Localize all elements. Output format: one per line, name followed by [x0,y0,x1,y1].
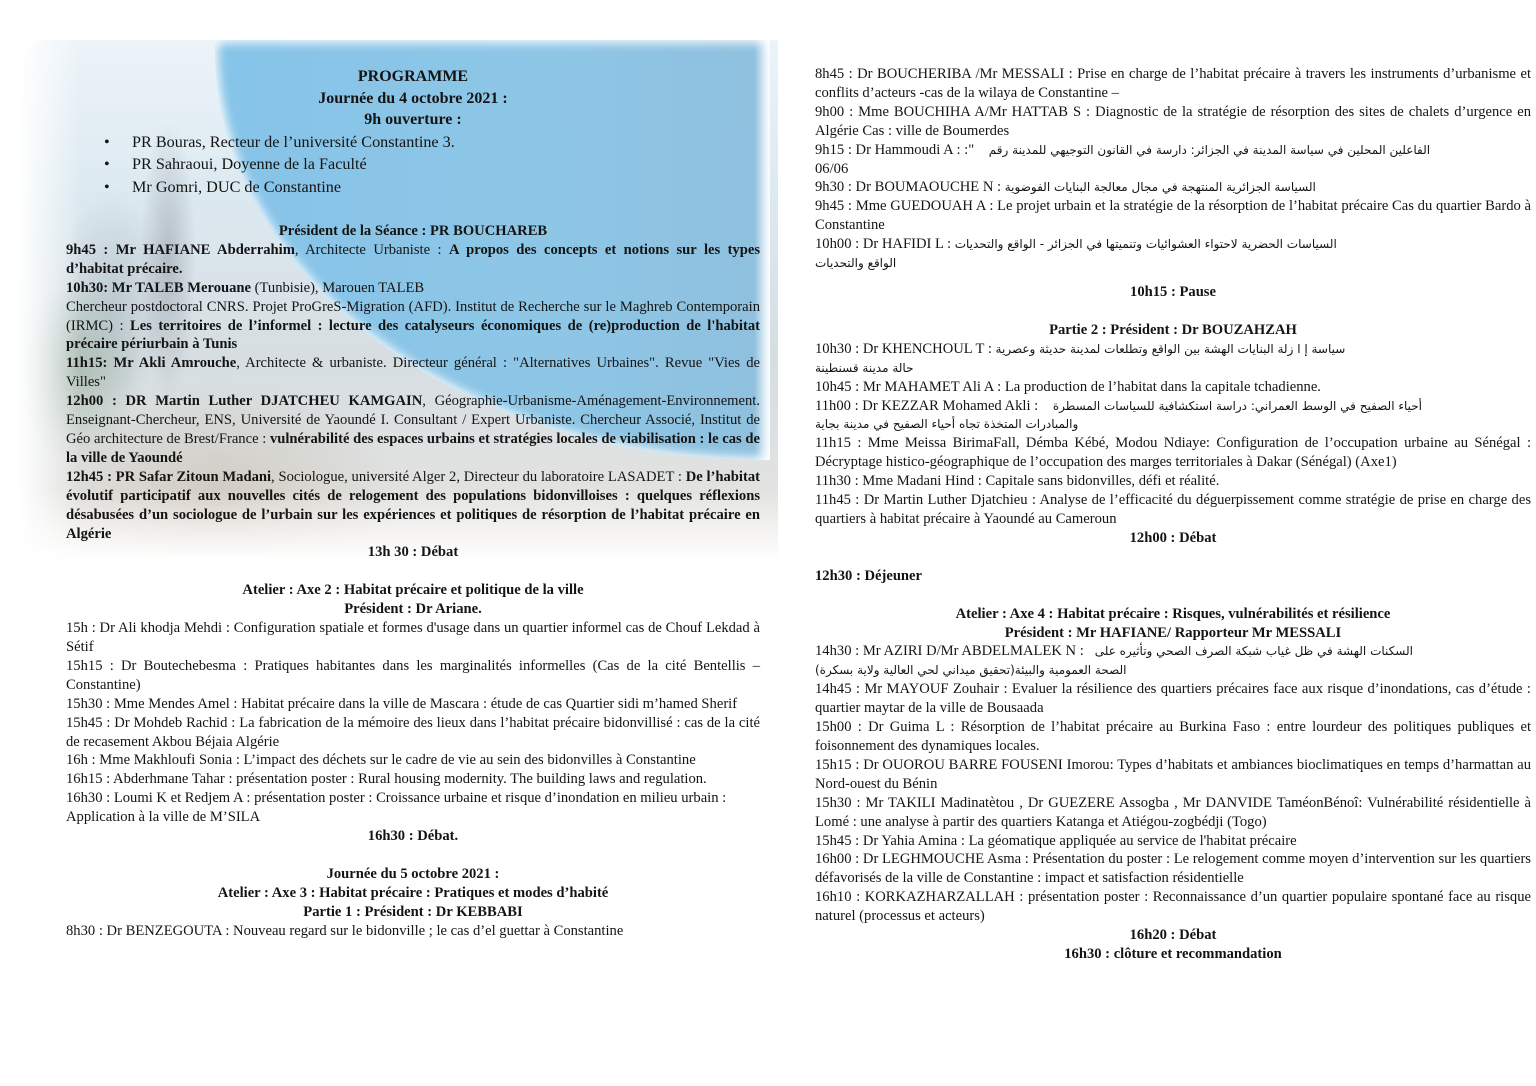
talk-entry-arabic: 10h30 : Dr KHENCHOUL T : سياسة إ ا زلة ا… [815,340,1531,378]
talk-entry: 15h15 : Dr OUOROU BARRE FOUSENI Imorou: … [815,756,1531,794]
atelier3-part1-president: Partie 1 : Président : Dr KEBBABI [66,903,760,922]
talk-time-speaker: 10h30: Mr TALEB Merouane [66,280,251,296]
opening-heading: 9h ouverture : [66,109,760,131]
talk-title-arabic: أحياء الصفيح في الوسط العمراني: دراسة اس… [1053,399,1422,413]
right-column: 8h45 : Dr BOUCHERIBA /Mr MESSALI : Prise… [815,65,1531,964]
talk-time-speaker: 11h00 : Dr KEZZAR Mohamed Akli : [815,398,1038,414]
opening-speaker: Mr Gomri, DUC de Constantine [132,176,760,199]
talk-entry: 8h30 : Dr BENZEGOUTA : Nouveau regard su… [66,922,760,941]
atelier3-title: Atelier : Axe 3 : Habitat précaire : Pra… [66,884,760,903]
talk-title: Les territoires de l’informel : lecture … [66,318,760,353]
talk-entry-arabic: 11h00 : Dr KEZZAR Mohamed Akli : أحياء ا… [815,397,1531,435]
talk-title-arabic: السياسات الحضرية لاحتواء العشوائيات وتنم… [955,237,1337,251]
atelier2-title: Atelier : Axe 2 : Habitat précaire et po… [66,581,760,600]
talk-entry: 15h15 : Dr Boutechebesma : Pratiques hab… [66,657,760,695]
talk-affiliation: (Tunbisie), Marouen TALEB [251,280,424,296]
talk-title-arabic: السكنات الهشة في ظل غياب شبكة الصرف الصح… [1095,644,1413,658]
talk-entry: 16h30 : Loumi K et Redjem A : présentati… [66,789,760,808]
talk-entry: 10h45 : Mr MAHAMET Ali A : La production… [815,378,1531,397]
atelier4-president: Président : Mr HAFIANE/ Rapporteur Mr ME… [815,624,1531,643]
talk-time-speaker: 9h15 : Dr Hammoudi A : :" [815,142,974,158]
talk-title-arabic: سياسة إ ا زلة البنايات الهشة بين الواقع … [996,342,1346,356]
talk-entry: 9h00 : Mme BOUCHIHA A/Mr HATTAB S : Diag… [815,103,1531,141]
talk-time-speaker: 12h00 : DR Martin Luther DJATCHEU KAMGAI… [66,393,422,409]
talk-entry: Application à la ville de M’SILA [66,808,760,827]
debate-heading: 16h30 : Débat. [66,827,760,846]
talk-entry: 9h45 : Mr HAFIANE Abderrahim, Architecte… [66,241,760,279]
atelier2-president: Président : Dr Ariane. [66,600,760,619]
talk-entry: 14h45 : Mr MAYOUF Zouhair : Evaluer la r… [815,680,1531,718]
opening-speakers-list: PR Bouras, Recteur de l’université Const… [66,131,760,199]
talk-time-speaker: 14h30 : Mr AZIRI D/Mr ABDELMALEK N : [815,643,1084,659]
talk-entry: 11h45 : Dr Martin Luther Djatchieu : Ana… [815,491,1531,529]
talk-title-arabic: السياسة الجزائرية المنتهجة في مجال معالج… [1005,180,1316,194]
talk-entry: 16h : Mme Makhloufi Sonia : L’impact des… [66,751,760,770]
talk-title-arabic-line2: الواقع والتحديات [815,254,1531,273]
talk-title-arabic-line2: والمبادرات المتخذة تجاه أحياء الصفيح في … [815,415,1531,434]
talk-entry: 15h45 : Dr Mohdeb Rachid : La fabricatio… [66,714,760,752]
part2-president: Partie 2 : Président : Dr BOUZAHZAH [815,321,1531,340]
talk-title-arabic-line2: الصحة العمومية والبيئة(تحقيق ميداني لحي … [815,661,1531,680]
talk-entry: 9h45 : Mme GUEDOUAH A : Le projet urbain… [815,197,1531,235]
talk-time-speaker: 9h45 : Mr HAFIANE Abderrahim [66,242,295,258]
talk-title-arabic: الفاعلين المحلين في سياسة المدينة في الج… [989,143,1430,157]
talk-title-suffix: 06/06 [815,160,1531,179]
debate-heading: 12h00 : Débat [815,529,1531,548]
talk-entry: 12h00 : DR Martin Luther DJATCHEU KAMGAI… [66,392,760,468]
talk-entry: 15h00 : Dr Guima L : Résorption de l’hab… [815,718,1531,756]
opening-speaker: PR Bouras, Recteur de l’université Const… [132,131,760,154]
talk-time-speaker: 10h30 : Dr KHENCHOUL T : [815,341,992,357]
talk-entry-arabic: 10h00 : Dr HAFIDI L : السياسات الحضرية ل… [815,235,1531,273]
talk-entry: 16h10 : KORKAZHARZALLAH : présentation p… [815,888,1531,926]
talk-entry: 11h15: Mr Akli Amrouche, Architecte & ur… [66,354,760,392]
programme-title: PROGRAMME [66,66,760,88]
debate-heading: 16h20 : Débat [815,926,1531,945]
talk-time-speaker: 9h30 : Dr BOUMAOUCHE N : [815,179,1001,195]
atelier4-title: Atelier : Axe 4 : Habitat précaire : Ris… [815,605,1531,624]
talk-entry: 8h45 : Dr BOUCHERIBA /Mr MESSALI : Prise… [815,65,1531,103]
opening-speaker: PR Sahraoui, Doyenne de la Faculté [132,153,760,176]
lunch-heading: 12h30 : Déjeuner [815,567,1531,586]
session1-president: Président de la Séance : PR BOUCHAREB [66,222,760,241]
day2-heading: Journée du 5 octobre 2021 : [66,865,760,884]
talk-time-speaker: 12h45 : PR Safar Zitoun Madani [66,469,271,485]
talk-entry: 11h15 : Mme Meissa BirimaFall, Démba Kéb… [815,434,1531,472]
talk-entry: 15h45 : Dr Yahia Amina : La géomatique a… [815,832,1531,851]
talk-entry: Chercheur postdoctoral CNRS. Projet ProG… [66,298,760,355]
talk-time-speaker: 10h00 : Dr HAFIDI L : [815,236,951,252]
pause-heading: 10h15 : Pause [815,283,1531,302]
talk-entry: 15h30 : Mme Mendes Amel : Habitat précai… [66,695,760,714]
talk-entry-arabic: 9h15 : Dr Hammoudi A : :" الفاعلين المحل… [815,141,1531,179]
debate-heading: 13h 30 : Débat [66,543,760,562]
talk-affiliation: , Sociologue, université Alger 2, Direct… [271,469,686,485]
talk-entry-arabic: 9h30 : Dr BOUMAOUCHE N : السياسة الجزائر… [815,178,1531,197]
talk-entry: 11h30 : Mme Madani Hind : Capitale sans … [815,472,1531,491]
talk-title-arabic-line2: حالة مدينة قسنطينة [815,359,1531,378]
talk-affiliation: , Architecte Urbaniste : [295,242,449,258]
talk-entry: 15h30 : Mr TAKILI Madinatètou , Dr GUEZE… [815,794,1531,832]
talk-entry: 16h15 : Abderhmane Tahar : présentation … [66,770,760,789]
talk-entry-arabic: 14h30 : Mr AZIRI D/Mr ABDELMALEK N : الس… [815,642,1531,680]
talk-entry: 10h30: Mr TALEB Merouane (Tunbisie), Mar… [66,279,760,298]
talk-entry: 15h : Dr Ali khodja Mehdi : Configuratio… [66,619,760,657]
talk-entry: 16h00 : Dr LEGHMOUCHE Asma : Présentatio… [815,850,1531,888]
left-column: PROGRAMME Journée du 4 octobre 2021 : 9h… [66,66,760,941]
day1-heading: Journée du 4 octobre 2021 : [66,88,760,110]
closing-heading: 16h30 : clôture et recommandation [815,945,1531,964]
talk-entry: 12h45 : PR Safar Zitoun Madani, Sociolog… [66,468,760,544]
talk-time-speaker: 11h15: Mr Akli Amrouche [66,355,236,371]
